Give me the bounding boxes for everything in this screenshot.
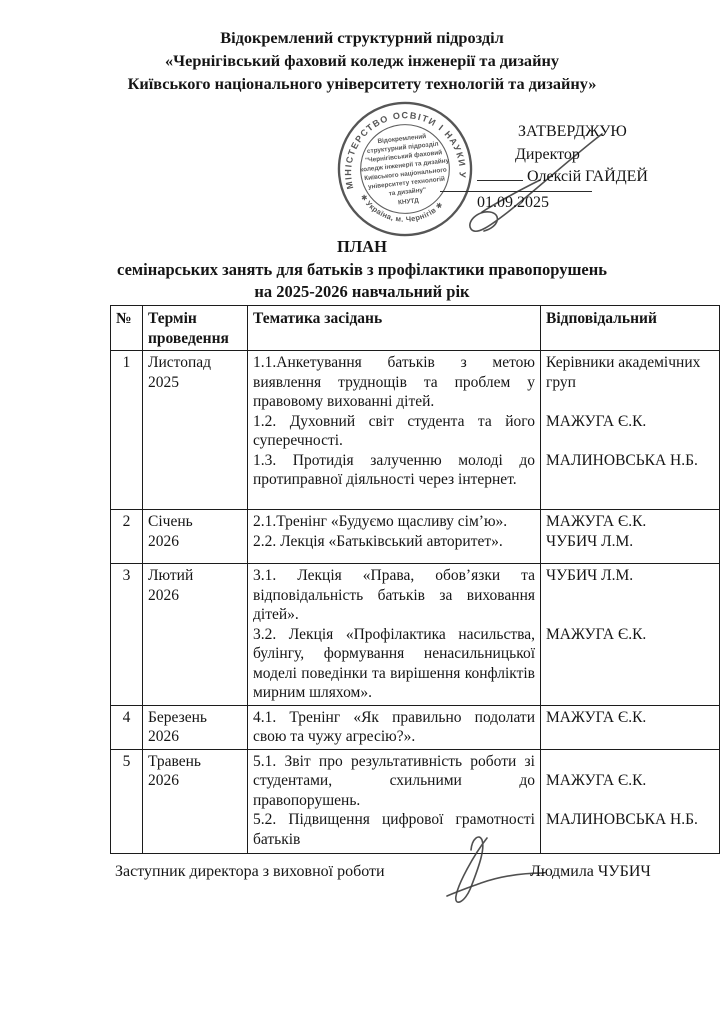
signature-rule <box>440 191 592 192</box>
row-topics: 1.1.Анкетування батьків з метою виявленн… <box>248 351 541 510</box>
org-line-1: Відокремлений структурний підрозділ <box>0 26 724 49</box>
org-line-2: «Чернігівський фаховий коледж інженерії … <box>0 49 724 72</box>
approver-name-line: Олексій ГАЙДЕЙ <box>477 166 702 189</box>
row-term: Лютий 2026 <box>143 564 248 706</box>
title-line-2: семінарських занять для батьків з профіл… <box>0 259 724 282</box>
row-responsible: Керівники академічних груп МАЖУГА Є.К. М… <box>541 351 720 510</box>
row-number: 1 <box>111 351 143 510</box>
title-line-1: ПЛАН <box>0 236 724 259</box>
org-line-3: Київського національного університету те… <box>0 72 724 95</box>
approval-date: 01.09.2025 <box>477 192 702 215</box>
row-term: Листопад 2025 <box>143 351 248 510</box>
deputy-position: Заступник директора з виховної роботи <box>115 863 385 881</box>
table-row: 1 Листопад 2025 1.1.Анкетування батьків … <box>111 351 720 510</box>
row-number: 2 <box>111 510 143 564</box>
table-row: 2 Січень 2026 2.1.Тренінг «Будуємо щасли… <box>111 510 720 564</box>
row-responsible: МАЖУГА Є.К. МАЛИНОВСЬКА Н.Б. <box>541 749 720 853</box>
row-number: 5 <box>111 749 143 853</box>
row-term: Березень 2026 <box>143 705 248 749</box>
table-row: 5 Травень 2026 5.1. Звіт про результатив… <box>111 749 720 853</box>
row-number: 3 <box>111 564 143 706</box>
row-responsible: МАЖУГА Є.К. <box>541 705 720 749</box>
seal-center-line: КНУТД <box>398 197 420 206</box>
row-topics: 4.1. Тренінг «Як правильно подолати свою… <box>248 705 541 749</box>
title-line-3: на 2025-2026 навчальний рік <box>0 281 724 304</box>
approval-block: ЗАТВЕРДЖУЮ Директор Олексій ГАЙДЕЙ 01.09… <box>477 121 702 214</box>
deputy-name: Людмила ЧУБИЧ <box>530 863 651 881</box>
scanned-document-page: Відокремлений структурний підрозділ «Чер… <box>0 0 724 1024</box>
signature-line <box>477 166 523 181</box>
col-header-responsible: Відповідальний <box>541 306 720 351</box>
approver-name: Олексій ГАЙДЕЙ <box>527 168 648 185</box>
approve-label: ЗАТВЕРДЖУЮ <box>518 121 702 144</box>
col-header-term: Термін проведення <box>143 306 248 351</box>
row-topics: 3.1. Лекція «Права, обов’язки та відпові… <box>248 564 541 706</box>
row-responsible: МАЖУГА Є.К. ЧУБИЧ Л.М. <box>541 510 720 564</box>
col-header-number: № <box>111 306 143 351</box>
table-row: 3 Лютий 2026 3.1. Лекція «Права, обов’яз… <box>111 564 720 706</box>
document-title: ПЛАН семінарських занять для батьків з п… <box>0 236 724 304</box>
row-responsible: ЧУБИЧ Л.М. МАЖУГА Є.К. <box>541 564 720 706</box>
plan-table: № Термін проведення Тематика засідань Ві… <box>110 305 720 854</box>
row-topics: 2.1.Тренінг «Будуємо щасливу сім’ю». 2.2… <box>248 510 541 564</box>
col-header-topic: Тематика засідань <box>248 306 541 351</box>
table-header-row: № Термін проведення Тематика засідань Ві… <box>111 306 720 351</box>
row-term: Січень 2026 <box>143 510 248 564</box>
table-row: 4 Березень 2026 4.1. Тренінг «Як правиль… <box>111 705 720 749</box>
approver-position: Директор <box>515 144 702 167</box>
organization-header: Відокремлений структурний підрозділ «Чер… <box>0 26 724 95</box>
row-number: 4 <box>111 705 143 749</box>
row-term: Травень 2026 <box>143 749 248 853</box>
